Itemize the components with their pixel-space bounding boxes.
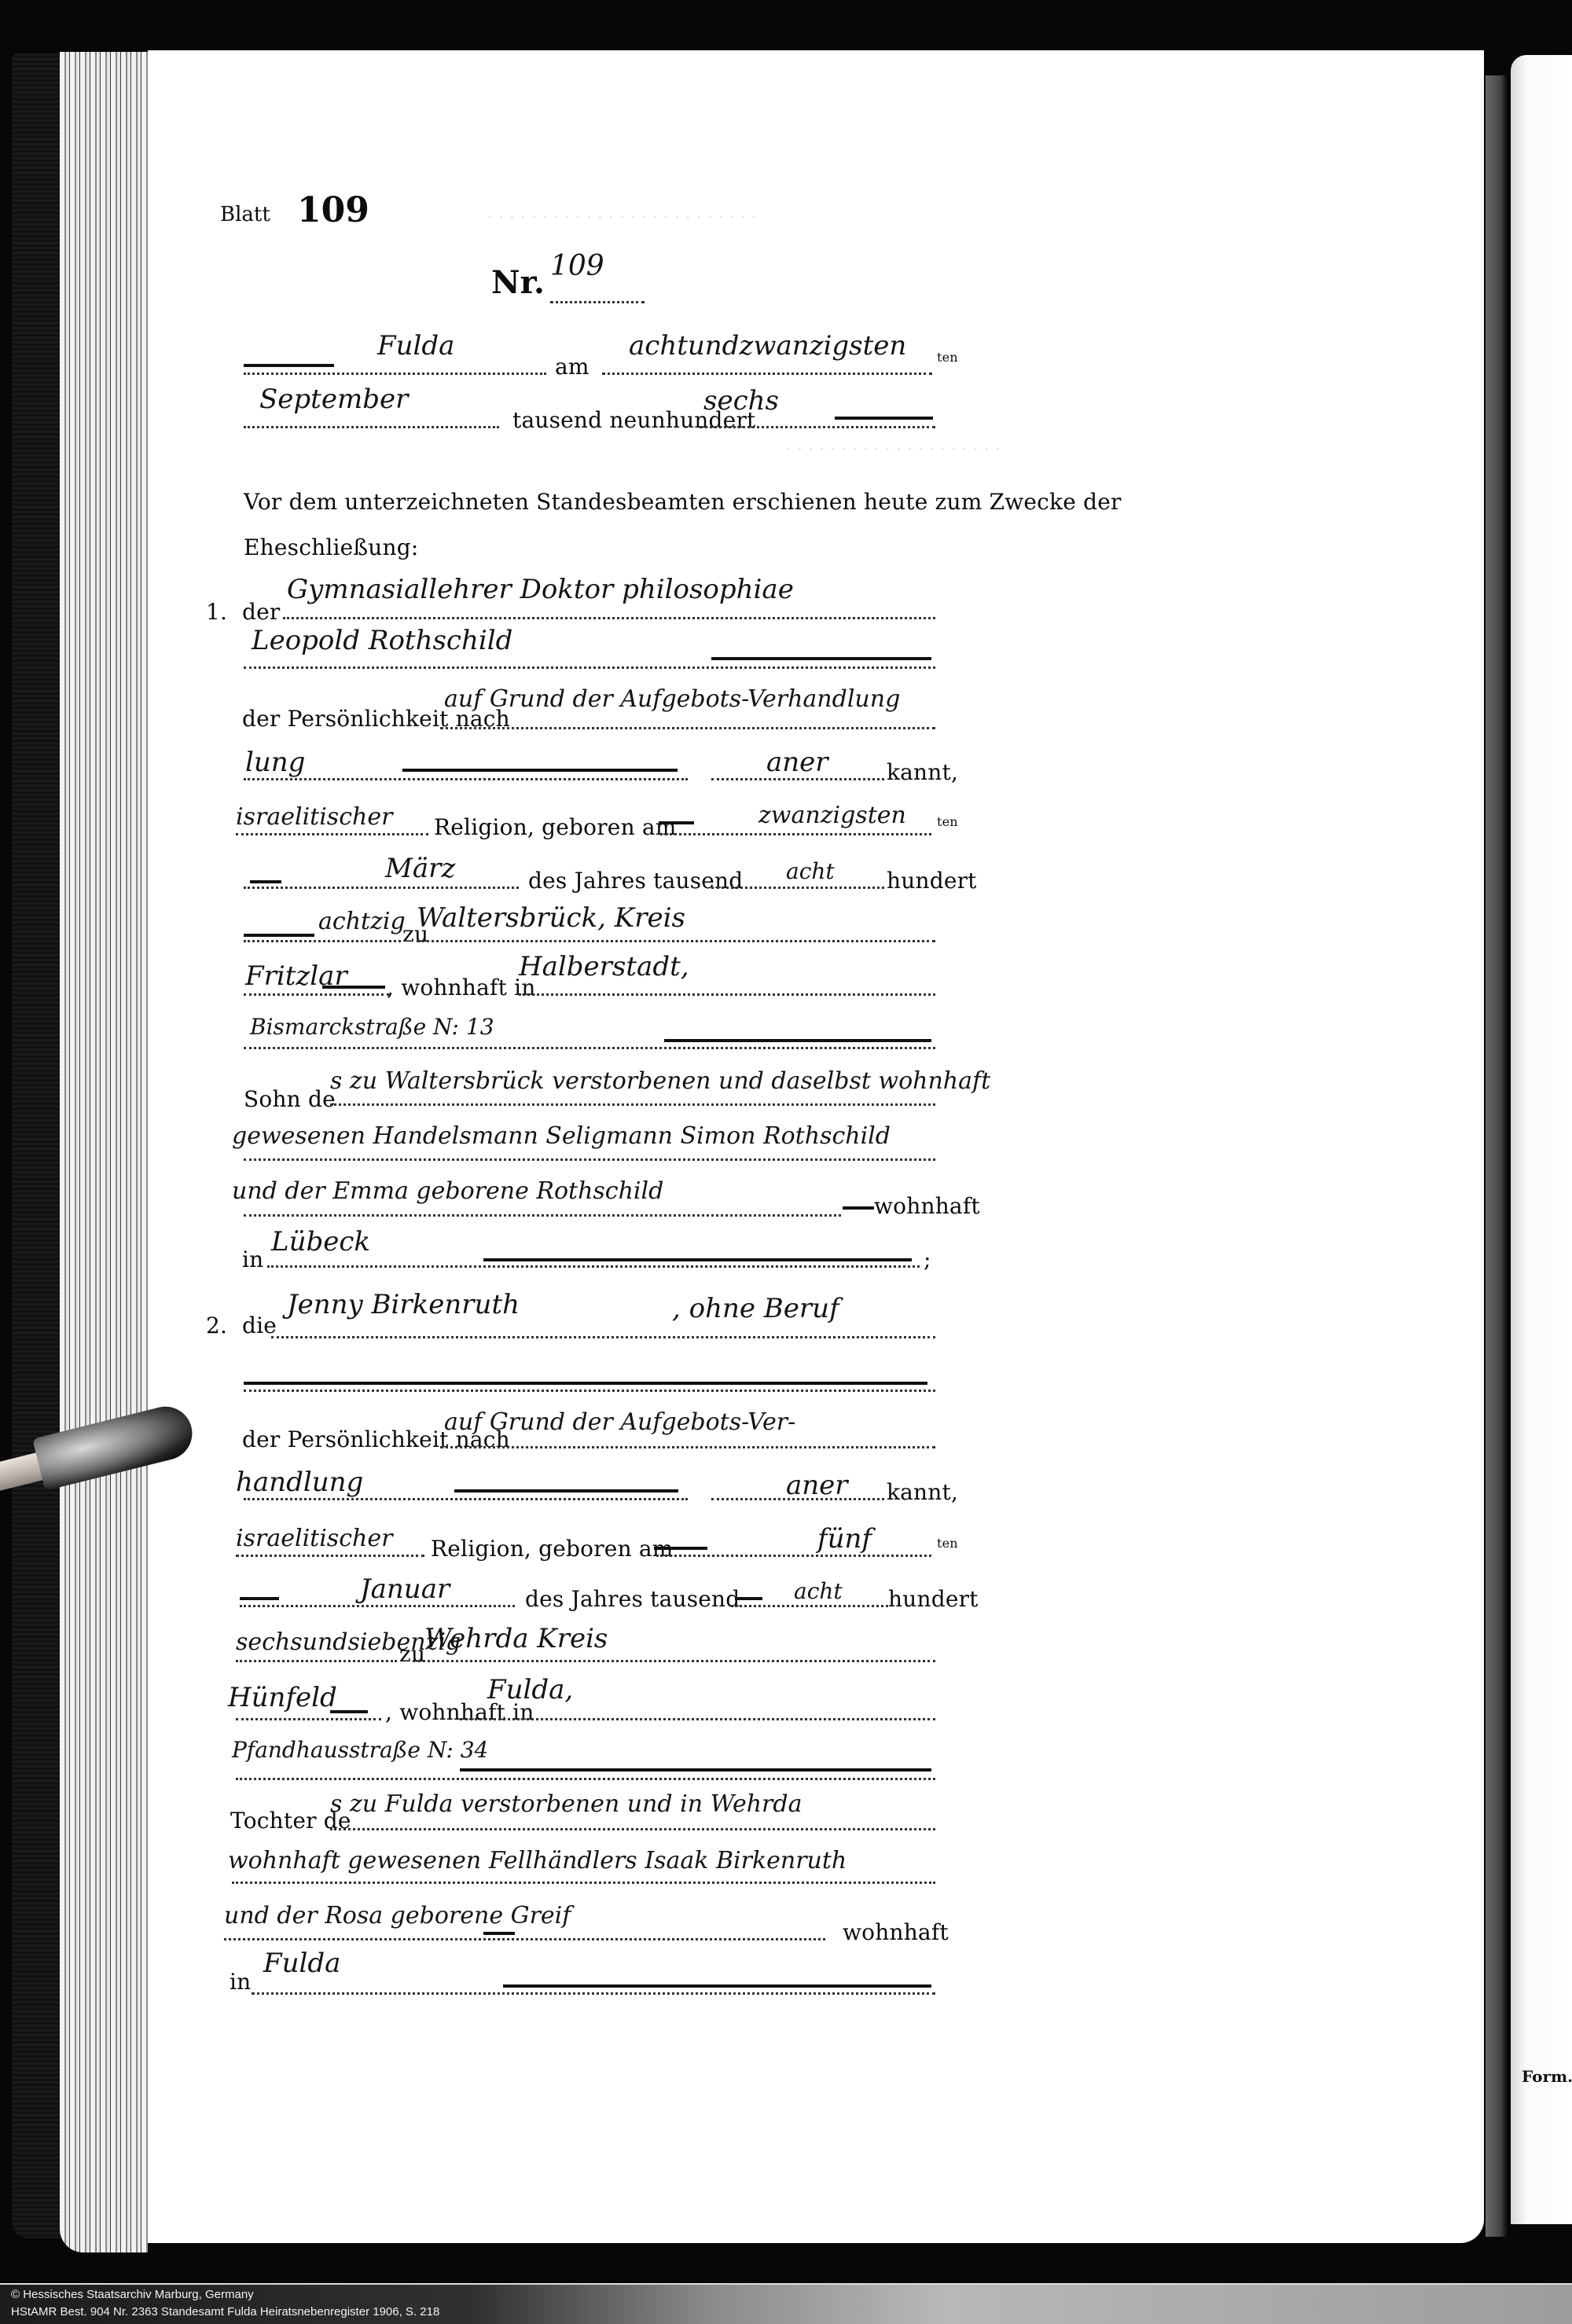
party-2-birth-district: Hünfeld	[228, 1682, 337, 1713]
adjacent-page: Form. I	[1511, 55, 1572, 2224]
dotted-line	[550, 301, 645, 303]
dotted-line	[252, 1992, 935, 1995]
end-mark: ;	[924, 1246, 931, 1272]
party-1-religion-label: Religion, geboren am	[434, 814, 677, 840]
filler-bar	[711, 657, 931, 660]
dotted-line	[236, 1555, 424, 1557]
party-1-residence: Halberstadt,	[519, 951, 689, 982]
dotted-line	[232, 1882, 935, 1884]
filler-bar	[244, 934, 314, 937]
ordinal-suffix: ten	[937, 1536, 958, 1551]
filler-bar	[454, 1489, 678, 1492]
party-1-birth-day: zwanzigsten	[758, 802, 906, 829]
filler-bar	[322, 986, 385, 989]
registry-place: Fulda	[377, 330, 454, 362]
dotted-line	[244, 1390, 935, 1392]
dotted-line	[244, 1047, 935, 1049]
party-2-birth-century: acht	[794, 1578, 843, 1604]
dotted-line	[660, 833, 931, 835]
filler-bar	[244, 364, 334, 367]
dotted-line	[244, 1498, 688, 1500]
dotted-line	[711, 1498, 884, 1500]
filler-bar	[244, 1382, 927, 1385]
party-2-birth-place: Wehrda Kreis	[424, 1623, 608, 1654]
filler-bar	[483, 1258, 912, 1261]
party-2-religion-label: Religion, geboren am	[431, 1536, 674, 1562]
copyright-line: © Hessisches Staatsarchiv Marburg, Germa…	[11, 2288, 254, 2301]
filler-bar	[240, 1597, 279, 1600]
party-1-name: Leopold Rothschild	[252, 625, 512, 656]
party-2-residence: Fulda,	[487, 1674, 573, 1705]
party-1-identity-line2: lung	[245, 747, 305, 778]
dotted-line	[417, 940, 935, 942]
dotted-line	[236, 1660, 397, 1662]
dotted-line	[731, 1605, 888, 1607]
leaf-number: 109	[297, 190, 369, 230]
filler-bar	[659, 821, 694, 824]
dotted-line	[244, 1214, 841, 1217]
registry-month: September	[259, 384, 408, 415]
party-1-identity-value: auf Grund der Aufgebots-Verhandlung	[444, 685, 900, 713]
dotted-line	[711, 778, 884, 780]
party-2-name: Jenny Birkenruth	[287, 1289, 520, 1320]
dotted-line	[244, 993, 389, 996]
date-am-label: am	[555, 354, 589, 380]
book-binding	[12, 53, 63, 2238]
party-2-parents-line1: s zu Fulda verstorbenen und in Wehrda	[330, 1790, 802, 1818]
party-1-index: 1.	[206, 599, 227, 625]
dotted-line	[700, 426, 935, 428]
dotted-line	[244, 887, 519, 889]
party-2-index: 2.	[206, 1313, 227, 1338]
statement-text-2: Eheschließung:	[244, 534, 419, 560]
party-2-identity-line2: handlung	[236, 1467, 363, 1498]
party-1-parents-line2: gewesenen Handelsmann Seligmann Simon Ro…	[232, 1122, 891, 1150]
dotted-line	[224, 1938, 825, 1940]
party-2-religion: israelitischer	[236, 1525, 392, 1552]
dotted-line	[244, 778, 688, 780]
dotted-line	[244, 666, 935, 669]
dotted-line	[440, 727, 935, 729]
in-label: in	[242, 1246, 263, 1272]
filler-bar	[483, 1932, 515, 1935]
page-stack-edge	[60, 52, 148, 2252]
registry-day: achtundzwanzigsten	[629, 330, 906, 362]
dotted-line	[519, 993, 935, 996]
party-1-parents-line3: und der Emma geborene Rothschild	[232, 1177, 663, 1205]
parents-residence-label: wohnhaft	[874, 1193, 980, 1219]
filler-bar	[460, 1768, 931, 1771]
party-1-birth-year: achtzig	[318, 908, 406, 935]
dotted-line	[240, 1605, 515, 1607]
archive-caption: © Hessisches Staatsarchiv Marburg, Germa…	[0, 2283, 1572, 2324]
parents-residence-label: wohnhaft	[843, 1919, 949, 1945]
statement-text: Vor dem unterzeichneten Standesbeamten e…	[244, 489, 1122, 515]
party-2-birth-month: Januar	[360, 1573, 450, 1605]
dotted-line	[236, 1718, 381, 1720]
party-1-known-value: aner	[766, 747, 828, 778]
dotted-line	[236, 833, 428, 835]
ordinal-suffix: ten	[937, 350, 958, 365]
dotted-line	[271, 1336, 935, 1338]
bleed-through-text: · · · · · · · · · · · · · · · · · · · · …	[487, 208, 757, 228]
dotted-line	[330, 1828, 935, 1830]
residence-label: , wohnhaft in	[387, 975, 536, 1000]
leaf-label: Blatt	[220, 203, 270, 226]
party-2-identity-value: auf Grund der Aufgebots-Ver-	[444, 1408, 795, 1436]
party-2-birth-day: fünf	[817, 1523, 872, 1555]
dotted-line	[236, 1778, 935, 1780]
party-1-birth-century: acht	[786, 858, 835, 884]
party-1-street: Bismarckstraße N: 13	[250, 1014, 494, 1040]
dotted-line	[244, 940, 401, 942]
hundert-label: hundert	[888, 1586, 979, 1612]
party-1-occupation: Gymnasiallehrer Doktor philosophiae	[287, 574, 794, 605]
party-2-parents-line3: und der Rosa geborene Greif	[224, 1902, 571, 1929]
reference-line: HStAMR Best. 904 Nr. 2363 Standesamt Ful…	[11, 2305, 439, 2318]
filler-bar	[503, 1984, 931, 1988]
parents-label: Sohn de	[244, 1086, 336, 1112]
dotted-line	[283, 617, 935, 619]
filler-bar	[835, 417, 933, 420]
filler-bar	[654, 1547, 707, 1550]
record-number: 109	[550, 250, 604, 282]
dotted-line	[244, 426, 499, 428]
party-2-street: Pfandhausstraße N: 34	[232, 1737, 488, 1763]
party-2-known-value: aner	[786, 1470, 848, 1501]
ordinal-suffix: ten	[937, 814, 958, 829]
dotted-line	[267, 1265, 920, 1268]
filler-bar	[330, 1710, 368, 1713]
dotted-line	[330, 1103, 935, 1106]
dotted-line	[440, 1446, 935, 1448]
dotted-line	[244, 1158, 935, 1161]
bleed-through-text: · · · · · · · · · · · · · · · · · · · ·	[786, 440, 1001, 460]
year-label: des Jahres tausend	[525, 1586, 740, 1612]
party-1-religion: israelitischer	[236, 803, 392, 831]
form-label: Form. I	[1522, 2067, 1572, 2086]
dotted-line	[602, 373, 932, 375]
filler-bar	[664, 1039, 931, 1042]
record-label: Nr.	[491, 264, 545, 301]
party-1-parents-residence: Lübeck	[271, 1226, 370, 1257]
dotted-line	[656, 1555, 931, 1557]
filler-bar	[735, 1597, 762, 1600]
party-2-occupation: , ohne Beruf	[672, 1293, 839, 1324]
zu-label: zu	[399, 1641, 425, 1667]
party-1-birth-month: März	[385, 853, 455, 884]
book-gutter	[1486, 75, 1511, 2237]
party-2-parents-line2: wohnhaft gewesenen Fellhändlers Isaak Bi…	[228, 1847, 847, 1874]
year-label: des Jahres tausend	[528, 868, 743, 894]
party-1-article: der	[242, 599, 280, 625]
dotted-line	[244, 373, 546, 375]
party-2-parents-residence: Fulda	[263, 1948, 340, 1979]
party-2-article: die	[242, 1313, 277, 1338]
filler-bar	[402, 769, 678, 772]
dotted-line	[413, 1660, 935, 1662]
dotted-line	[460, 1718, 935, 1720]
party-1-birth-place: Waltersbrück, Kreis	[417, 902, 685, 934]
party-1-known-label: kannt,	[887, 759, 958, 785]
filler-bar	[250, 880, 281, 883]
dotted-line	[711, 887, 884, 889]
filler-bar	[843, 1206, 874, 1210]
registry-year-suffix: sechs	[703, 385, 779, 417]
in-label: in	[230, 1969, 251, 1995]
party-1-parents-line1: s zu Waltersbrück verstorbenen und dasel…	[330, 1067, 990, 1095]
hundert-label: hundert	[887, 868, 977, 894]
party-2-known-label: kannt,	[887, 1479, 958, 1505]
